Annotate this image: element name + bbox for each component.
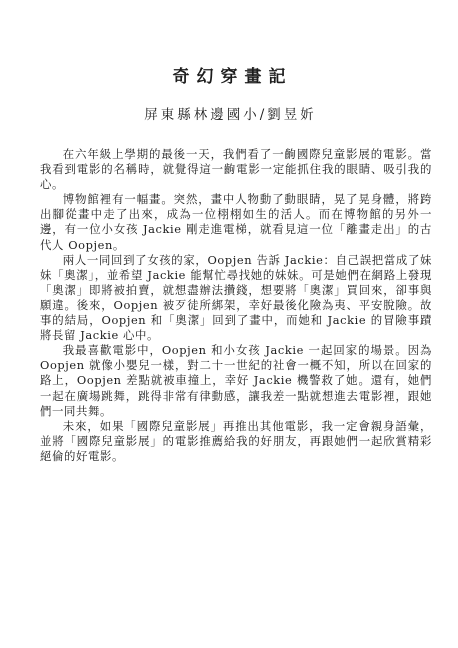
essay-title: 奇幻穿畫記 [0, 0, 458, 87]
essay-paragraph: 我最喜歡電影中，Oopjen 和小女孩 Jackie 一起回家的場景。因為 Oo… [40, 343, 432, 418]
essay-paragraph: 未來，如果「國際兒童影展」再推出其他電影，我一定會親身語彙，並將「國際兒童影展」… [40, 419, 432, 464]
document-page: 奇幻穿畫記 屏東縣林邊國小/劉昱妡 在六年級上學期的最後一天，我們看了一齣國際兒… [0, 0, 458, 648]
essay-byline: 屏東縣林邊國小/劉昱妡 [0, 87, 458, 123]
essay-body: 在六年級上學期的最後一天，我們看了一齣國際兒童影展的電影。當我看到電影的名稱時，… [0, 123, 458, 464]
essay-paragraph: 博物館裡有一幅畫。突然，畫中人物動了動眼睛，晃了晃身體，將跨出腳從畫中走了出來，… [40, 192, 432, 252]
essay-paragraph: 兩人一同回到了女孩的家，Oopjen 告訴 Jackie：自己誤把當成了妹妹「奧… [40, 253, 432, 344]
essay-paragraph: 在六年級上學期的最後一天，我們看了一齣國際兒童影展的電影。當我看到電影的名稱時，… [40, 147, 432, 192]
